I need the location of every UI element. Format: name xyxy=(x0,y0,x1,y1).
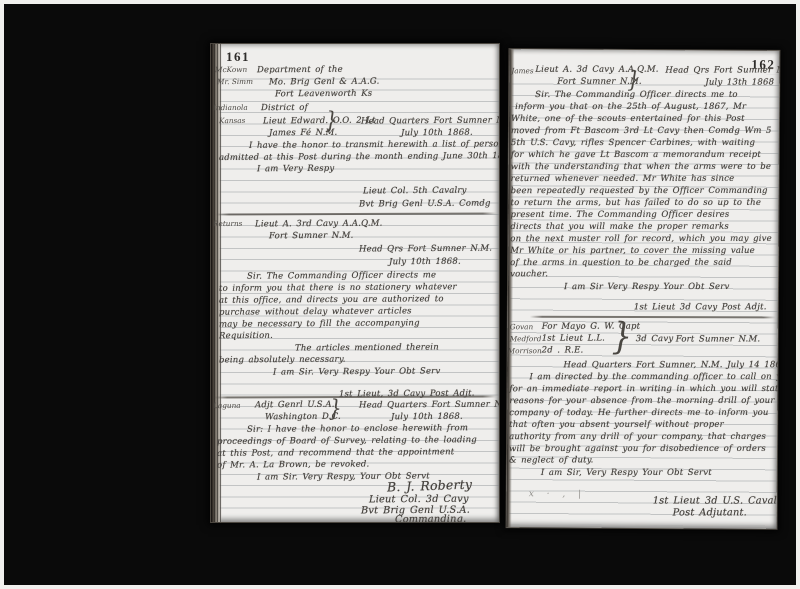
handwriting-line: Lieut A. 3d Cavy A.A.Q.M. xyxy=(535,65,658,75)
handwriting-line: will be brought against you for disobedi… xyxy=(509,444,766,454)
margin-annotation: Morrison xyxy=(508,346,542,355)
handwriting-line: reasons for your absence from the mornin… xyxy=(509,396,774,406)
handwriting-line: moved from Ft Bascom 3rd Lt Cavy then Co… xyxy=(511,126,772,136)
handwriting-line: Head Quarters Fort Sumner, N.M. July 14 … xyxy=(564,360,780,370)
handwriting-line: on the next muster roll for record, whic… xyxy=(510,234,772,244)
handwriting-line: directs that you will make the proper re… xyxy=(510,222,729,232)
handwriting-line: Mr White or his partner, to cover the mi… xyxy=(510,246,755,256)
handwriting-line: Head Quarters Fort Sumner N.M. xyxy=(361,115,499,126)
brace-mark: } xyxy=(612,317,633,354)
ledger-page-left: 161 McKown Mr. Simm Indianola Kansas Dep… xyxy=(211,44,499,522)
margin-annotation: Govan xyxy=(510,322,533,331)
handwriting-line: I am Sir, Very Respy Your Obt Servt xyxy=(541,468,712,478)
handwriting-line: for an immediate report in writing in wh… xyxy=(509,384,779,394)
handwriting-line: 1st Lieut L.L. xyxy=(542,334,605,344)
handwriting-line: I am Very Respy xyxy=(257,164,334,175)
handwriting-line: present time. The Commanding Officer des… xyxy=(510,210,729,220)
margin-annotation: Returns xyxy=(213,219,242,228)
margin-annotation: Kansas xyxy=(219,116,245,125)
handwriting-line: may be necessary to fill the accompanyin… xyxy=(219,318,420,329)
brace-mark: } xyxy=(325,109,338,132)
handwriting-line: 5th U.S. Cavy, rifles Spencer Carbines, … xyxy=(511,138,755,148)
handwriting-line: I have the honor to transmit herewith a … xyxy=(249,139,499,151)
handwriting-line: purchase without delay whatever articles xyxy=(219,306,412,317)
signature-line: 1st Lieut, 3d Cavy Post Adjt. xyxy=(339,389,475,400)
handwriting-line: that often you absent yourself without p… xyxy=(509,420,724,430)
handwriting-line: of the arms in question to be charged th… xyxy=(510,258,732,268)
handwriting-line: to return the arms, but has failed to do… xyxy=(511,198,762,208)
handwriting-line: admitted at this Post during the month e… xyxy=(219,151,499,163)
handwriting-line: July 10th 1868. xyxy=(401,128,473,139)
handwriting-line: Head Quarters Fort Sumner N.M. xyxy=(359,399,499,410)
handwriting-line: voucher. xyxy=(510,269,548,279)
handwriting-line: Sir: I have the honor to enclose herewit… xyxy=(247,423,468,435)
signature-line: B. J. Roberty xyxy=(387,480,472,493)
handwriting-line: District of xyxy=(261,103,308,113)
handwriting-line: Lieut A. 3rd Cavy A.A.Q.M. xyxy=(255,219,383,230)
handwriting-line: 3d Cavy xyxy=(636,334,674,344)
margin-annotation: Mr. Simm xyxy=(217,77,253,86)
signature-line: Lieut Col. 5th Cavalry xyxy=(363,186,467,197)
handwriting-line: authority from any drill of your company… xyxy=(509,432,766,442)
signature-line: 1st Lieut 3d Cavy Post Adjt. xyxy=(634,302,767,312)
handwriting-line: inform you that on the 25th of August, 1… xyxy=(515,102,746,112)
page-number-161: 161 xyxy=(226,49,250,65)
scanned-letterbook-spread: 161 McKown Mr. Simm Indianola Kansas Dep… xyxy=(0,0,800,589)
handwriting-line: Lieut Edward. O.O. 2 Lt xyxy=(263,116,376,127)
handwriting-line: Fort Sumner N.M. xyxy=(269,231,354,242)
margin-annotation: McKown xyxy=(215,65,247,74)
signature-line: Commanding. xyxy=(395,515,467,522)
handwriting-line: to inform you that there is no stationer… xyxy=(219,282,457,294)
handwriting-line: I am Sir. Very Respy Your Obt Serv xyxy=(273,366,441,377)
handwriting-line: Head Qrs Fort Sumner N.M. xyxy=(359,244,492,255)
margin-annotation: Laguna xyxy=(213,401,241,410)
handwriting-line: at this Post, and recommend that the app… xyxy=(217,447,454,459)
handwriting-line: been repeatedly requested by the Officer… xyxy=(511,186,768,196)
handwriting-line: with the understanding that when the arm… xyxy=(511,162,771,172)
handwriting-line: being absolutely necessary. xyxy=(219,355,346,366)
brace-mark: } xyxy=(627,67,640,90)
handwriting-line: proceedings of Board of Survey, relating… xyxy=(217,435,477,447)
handwriting-line: July 13th 1868 xyxy=(705,78,774,88)
handwriting-line: for which he gave Lt Bascom a memorandum… xyxy=(511,150,761,160)
handwriting-line: at this office, and directs you are auth… xyxy=(219,294,444,306)
margin-annotation: James xyxy=(511,66,533,75)
handwriting-line: Sir. The Commanding Officer directs me xyxy=(247,270,436,281)
handwriting-line: Fort Leavenworth Ks xyxy=(275,89,372,100)
handwriting-line: Requisition. xyxy=(219,331,273,341)
handwriting-line: & neglect of duty. xyxy=(509,455,594,465)
signature-line: Bvt Brig Genl U.S.A. Comdg xyxy=(359,199,491,210)
handwriting-line: July 10th 1868. xyxy=(391,412,463,423)
pencil-marks: x · , | xyxy=(529,489,586,499)
handwriting-line: returned whenever needed. Mr White has s… xyxy=(511,174,735,184)
handwriting-line: of Mr. A. La Brown, be revoked. xyxy=(217,459,370,470)
margin-annotation: Medford xyxy=(510,334,542,343)
handwriting-line: 2d . R.E. xyxy=(542,345,584,355)
margin-annotation: Indianola xyxy=(213,103,248,112)
handwriting-line: Adjt Genrl U.S.A. xyxy=(255,400,335,411)
handwriting-line: Sir. The Commanding Officer directs me t… xyxy=(535,90,738,100)
handwriting-line: company of today. He further directs me … xyxy=(509,408,768,418)
handwriting-line: Department of the xyxy=(257,65,343,76)
handwriting-line: Mo. Brig Genl & A.A.G. xyxy=(269,77,380,88)
handwriting-line: The articles mentioned therein xyxy=(295,342,439,353)
signature-line: Post Adjutant. xyxy=(673,508,747,518)
handwriting-line: Fort Sumner N.M. xyxy=(676,334,761,344)
signature-line: 1st Lieut 3d U.S. Cavalry xyxy=(653,496,780,506)
ledger-page-right: 162 James Lieut A. 3d Cavy A.A.Q.M. Head… xyxy=(507,49,780,529)
handwriting-line: I am Sir Very Respy Your Obt Serv xyxy=(564,282,729,292)
handwriting-line: I am directed by the commanding officer … xyxy=(529,372,779,382)
handwriting-line: White, one of the scouts entertained for… xyxy=(511,114,745,124)
brace-mark: } xyxy=(329,397,342,420)
handwriting-line: Head Qrs Fort Sumner N.M. xyxy=(665,65,779,75)
handwriting-line: July 10th 1868. xyxy=(389,257,461,268)
